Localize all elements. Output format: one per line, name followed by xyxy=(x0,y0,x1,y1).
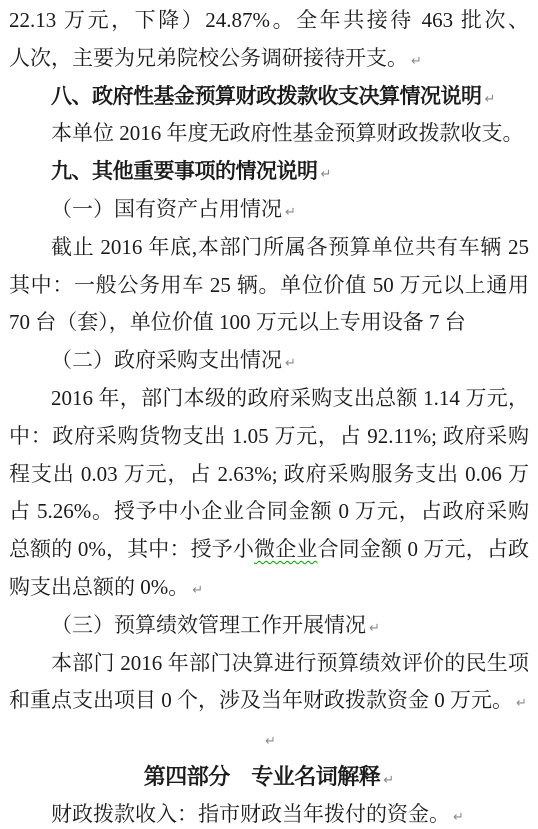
text-segment: 九、其他重要事项的情况说明 xyxy=(51,160,318,183)
paragraph-procurement: 2016 年，部门本级的政府采购支出总额 1.14 万元，其中：政府采购货物支出… xyxy=(9,380,529,607)
text-segment: （一）国有资产占用情况 xyxy=(51,197,282,221)
text-segment: 截止 2016 年底,本部门所属各预算单位共有车辆 25 辆， xyxy=(9,235,529,267)
text-line: 程支出 0.03 万元，占 2.63%; 政府采购服务支出 0.06 万元， xyxy=(9,456,529,494)
text-line: 八、政府性基金预算财政拨款收支决算情况说明↵ xyxy=(9,78,529,116)
empty-paragraph: ↵ xyxy=(9,720,529,758)
paragraph-mark-icon: ↵ xyxy=(369,621,380,636)
paragraph-mark-icon: ↵ xyxy=(516,696,527,711)
paragraph-mark-icon: ↵ xyxy=(265,734,276,749)
text-segment: 本单位 2016 年度无政府性基金预算财政拨款收支。 xyxy=(51,121,524,145)
text-segment: （二）政府采购支出情况 xyxy=(51,348,282,372)
text-segment: 2016 年，部门本级的政府采购支出总额 1.14 万元，其 xyxy=(9,386,529,418)
text-line: 本单位 2016 年度无政府性基金预算财政拨款收支。↵ xyxy=(9,115,529,153)
text-line: 购支出总额的 0%。↵ xyxy=(9,569,529,607)
paragraph-mark-icon: ↵ xyxy=(321,167,332,182)
text-line: （一）国有资产占用情况↵ xyxy=(9,191,529,229)
text-line: （三）预算绩效管理工作开展情况↵ xyxy=(9,607,529,645)
paragraph-mark-icon: ↵ xyxy=(485,92,496,107)
paragraph-mark-icon: ↵ xyxy=(285,205,296,220)
text-segment: 中：政府采购货物支出 1.05 万元，占 92.11%; 政府采购工 xyxy=(9,424,529,456)
paragraph-section-8: 本单位 2016 年度无政府性基金预算财政拨款收支。↵ xyxy=(9,115,529,153)
text-segment: 人次，主要为兄弟院校公务调研接待开支。 xyxy=(9,46,408,70)
text-segment: （三）预算绩效管理工作开展情况 xyxy=(51,613,366,637)
text-segment: 22.13 万元，下降）24.87%。全年共接待 463 批次、6,695 xyxy=(9,8,529,40)
text-segment: 程支出 0.03 万元，占 2.63%; 政府采购服务支出 0.06 万元， xyxy=(9,462,529,494)
text-segment: 本部门 2016 年部门决算进行预算绩效评价的民生项目 xyxy=(9,651,529,683)
heading-section-9: 九、其他重要事项的情况说明↵ xyxy=(9,153,529,191)
text-line: 2016 年，部门本级的政府采购支出总额 1.14 万元，其 xyxy=(9,380,529,418)
subheading-9-1: （一）国有资产占用情况↵ xyxy=(9,191,529,229)
paragraph-term-definition: 财政拨款收入：指市财政当年拨付的资金。↵ xyxy=(9,796,529,829)
text-line: 70 台（套），单位价值 100 万元以上专用设备 7 台（套）。↵ xyxy=(9,304,529,342)
text-segment: 购支出总额的 0%。 xyxy=(9,575,189,599)
text-segment: 和重点支出项目 0 个，涉及当年财政拨款资金 0 万元。 xyxy=(9,688,513,712)
paragraph-mark-icon: ↵ xyxy=(383,773,394,788)
document-page: 22.13 万元，下降）24.87%。全年共接待 463 批次、6,695人次，… xyxy=(0,0,538,829)
text-line: 和重点支出项目 0 个，涉及当年财政拨款资金 0 万元。↵ xyxy=(9,682,529,720)
paragraph-mark-icon: ↵ xyxy=(453,810,464,825)
paragraph-mark-icon: ↵ xyxy=(411,54,422,69)
text-line: 中：政府采购货物支出 1.05 万元，占 92.11%; 政府采购工 xyxy=(9,418,529,456)
text-line: 占 5.26%。授予中小企业合同金额 0 万元，占政府采购支出 xyxy=(9,493,529,531)
text-segment: 占 5.26%。授予中小企业合同金额 0 万元，占政府采购支出 xyxy=(9,499,529,531)
spellcheck-underlined-text: 微企业 xyxy=(254,537,317,561)
text-segment: 八、政府性基金预算财政拨款收支决算情况说明 xyxy=(51,85,482,108)
paragraph-mark-icon: ↵ xyxy=(192,583,203,598)
paragraph-performance: 本部门 2016 年部门决算进行预算绩效评价的民生项目和重点支出项目 0 个，涉… xyxy=(9,645,529,721)
paragraph-carryover: 22.13 万元，下降）24.87%。全年共接待 463 批次、6,695人次，… xyxy=(9,2,529,78)
subheading-9-3: （三）预算绩效管理工作开展情况↵ xyxy=(9,607,529,645)
text-segment: 70 台（套），单位价值 100 万元以上专用设备 7 台（套）。 xyxy=(9,310,466,342)
text-line: 人次，主要为兄弟院校公务调研接待开支。↵ xyxy=(9,40,529,78)
text-segment: 其中：一般公务用车 25 辆。单位价值 50 万元以上通用设备 xyxy=(9,273,529,305)
text-line: 第四部分 专业名词解释↵ xyxy=(9,758,529,796)
paragraph-mark-icon: ↵ xyxy=(285,356,296,371)
text-line: 本部门 2016 年部门决算进行预算绩效评价的民生项目 xyxy=(9,645,529,683)
subheading-9-2: （二）政府采购支出情况↵ xyxy=(9,342,529,380)
paragraph-assets: 截止 2016 年底,本部门所属各预算单位共有车辆 25 辆，其中：一般公务用车… xyxy=(9,229,529,342)
text-line: 截止 2016 年底,本部门所属各预算单位共有车辆 25 辆， xyxy=(9,229,529,267)
text-line: 财政拨款收入：指市财政当年拨付的资金。↵ xyxy=(9,796,529,829)
text-segment: 第四部分 专业名词解释 xyxy=(144,764,381,789)
text-line: 总额的 0%，其中：授予小微企业合同金额 0 万元，占政府采 xyxy=(9,531,529,569)
text-segment: 总额的 0%，其中：授予小 xyxy=(9,537,254,561)
heading-section-8: 八、政府性基金预算财政拨款收支决算情况说明↵ xyxy=(9,78,529,116)
text-segment: 财政拨款收入：指市财政当年拨付的资金。 xyxy=(51,802,450,826)
heading-part-4: 第四部分 专业名词解释↵ xyxy=(9,758,529,796)
text-line: ↵ xyxy=(9,720,529,758)
text-line: （二）政府采购支出情况↵ xyxy=(9,342,529,380)
text-line: 九、其他重要事项的情况说明↵ xyxy=(9,153,529,191)
text-line: 22.13 万元，下降）24.87%。全年共接待 463 批次、6,695 xyxy=(9,2,529,40)
text-line: 其中：一般公务用车 25 辆。单位价值 50 万元以上通用设备 xyxy=(9,267,529,305)
